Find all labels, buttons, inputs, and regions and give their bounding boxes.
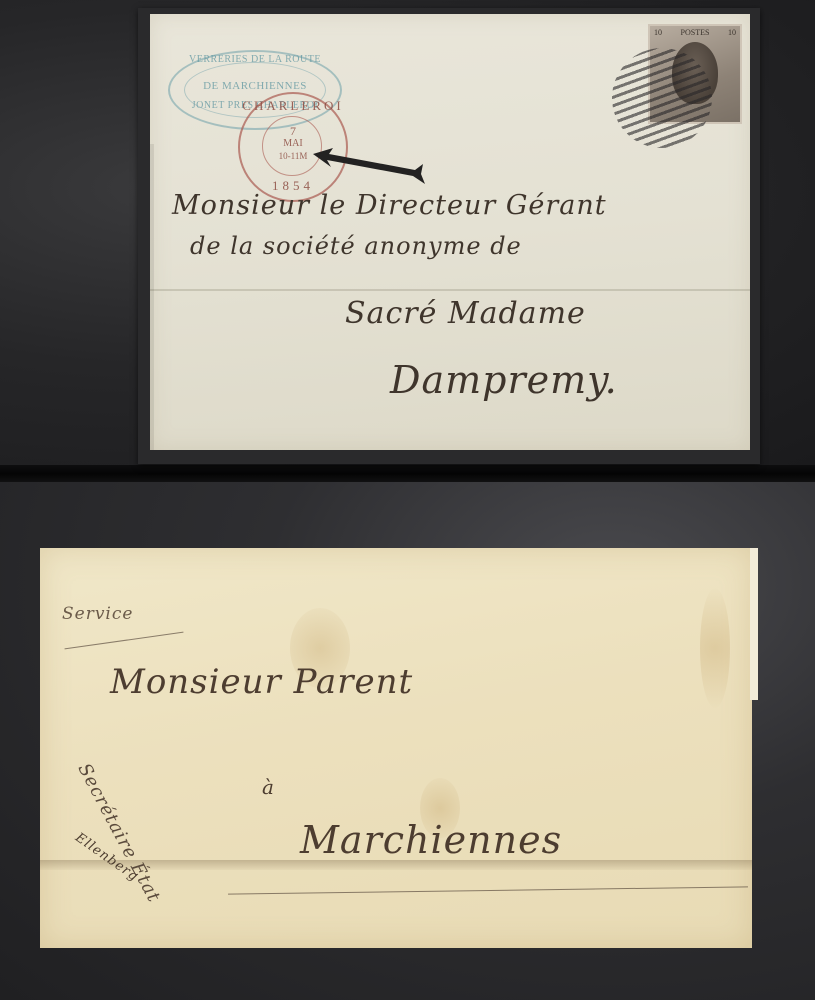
stamp-value-left: 10	[654, 28, 662, 37]
stamp-top-label: 10 POSTES 10	[650, 28, 740, 37]
cover-flap-shadow	[150, 144, 154, 450]
bar-cancellation	[612, 48, 712, 148]
postmark-town: CHARLEROI	[240, 98, 346, 114]
cover-flap-edge	[750, 548, 758, 700]
service-note: Service	[62, 604, 133, 624]
stamp-value-right: 10	[728, 28, 736, 37]
stamp-postes: POSTES	[681, 28, 710, 37]
pointer-arrow-icon	[305, 140, 430, 190]
address-line-3: Marchiennes	[300, 818, 562, 862]
address-line-3: Sacré Madame	[345, 296, 586, 331]
postmark-day: 7	[240, 124, 346, 139]
fold-line	[150, 289, 750, 291]
address-line-2: à	[262, 775, 275, 799]
cachet-line-2: DE MARCHIENNES	[170, 80, 340, 92]
address-line-1: Monsieur Parent	[110, 662, 413, 702]
address-line-4: Dampremy.	[390, 358, 618, 402]
address-line-1: Monsieur le Directeur Gérant	[172, 190, 607, 221]
cachet-line-1: VERRERIES DE LA ROUTE	[170, 54, 340, 65]
album-page-separator	[0, 465, 815, 483]
paper-stain	[700, 588, 730, 708]
address-line-2: de la société anonyme de	[190, 232, 522, 260]
